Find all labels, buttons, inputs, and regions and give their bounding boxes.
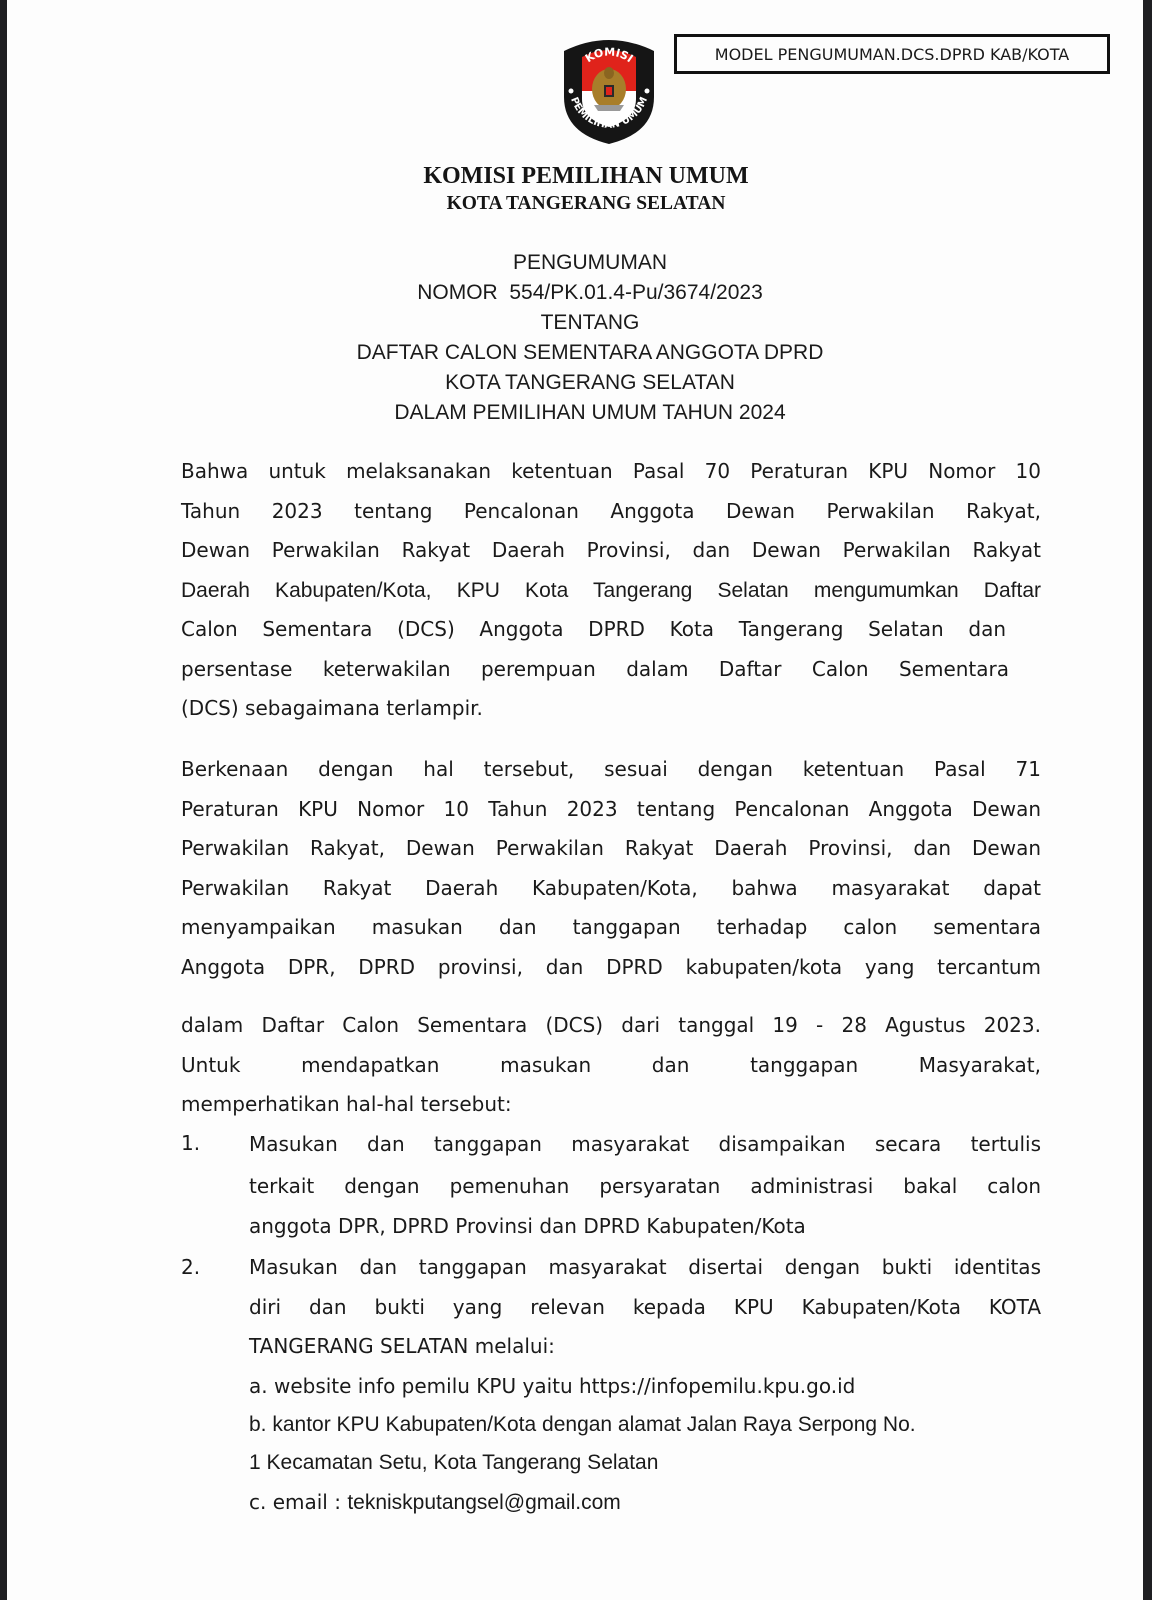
- model-label: MODEL PENGUMUMAN.DCS.DPRD KAB/KOTA: [715, 45, 1069, 64]
- list-item-1: 1. Masukan dan tanggapan masyarakat disa…: [181, 1122, 1041, 1246]
- text-line: Bahwa untuk melaksanakan ketentuan Pasal…: [181, 452, 1041, 492]
- text-line: Berkenaan dengan hal tersebut, sesuai de…: [181, 750, 1041, 790]
- list-number: 2.: [181, 1248, 200, 1288]
- list-number: 1.: [181, 1122, 200, 1164]
- announcement-number: NOMOR 554/PK.01.4-Pu/3674/2023: [0, 278, 1152, 308]
- paragraph-3: dalam Daftar Calon Sementara (DCS) dari …: [181, 1006, 1041, 1125]
- text-line: persentase keterwakilan perempuan dalam …: [181, 650, 1009, 690]
- list-item-2: 2. Masukan dan tanggapan masyarakat dise…: [181, 1248, 1041, 1367]
- announcement-title: PENGUMUMAN NOMOR 554/PK.01.4-Pu/3674/202…: [0, 248, 1152, 428]
- text-line: memperhatikan hal-hal tersebut:: [181, 1085, 1041, 1125]
- text-line: Perwakilan Rakyat, Dewan Perwakilan Raky…: [181, 829, 1041, 869]
- text-line: terkait dengan pemenuhan persyaratan adm…: [249, 1166, 1041, 1206]
- text-line: Calon Sementara (DCS) Anggota DPRD Kota …: [181, 610, 1006, 650]
- text-line: diri dan bukti yang relevan kepada KPU K…: [249, 1288, 1041, 1328]
- text-line: Tahun 2023 tentang Pencalonan Anggota De…: [181, 492, 1041, 532]
- text-line: Peraturan KPU Nomor 10 Tahun 2023 tentan…: [181, 790, 1041, 830]
- subject-line: KOTA TANGERANG SELATAN: [0, 368, 1152, 398]
- institution-region: KOTA TANGERANG SELATAN: [0, 193, 1152, 215]
- sub-item-office-line1: b. kantor KPU Kabupaten/Kota dengan alam…: [249, 1406, 1049, 1445]
- text-line: anggota DPR, DPRD Provinsi dan DPRD Kabu…: [249, 1206, 1041, 1246]
- email-prefix: c. email :: [249, 1490, 347, 1514]
- paragraph-2: Berkenaan dengan hal tersebut, sesuai de…: [181, 750, 1041, 987]
- text-line: Dewan Perwakilan Rakyat Daerah Provinsi,…: [181, 531, 1041, 571]
- sub-item-website: a. website info pemilu KPU yaitu https:/…: [249, 1367, 1049, 1406]
- contact-channels: a. website info pemilu KPU yaitu https:/…: [249, 1367, 1049, 1522]
- text-line: dalam Daftar Calon Sementara (DCS) dari …: [181, 1006, 1041, 1046]
- subject-line: DALAM PEMILIHAN UMUM TAHUN 2024: [0, 398, 1152, 428]
- text-line: Masukan dan tanggapan masyarakat diserta…: [249, 1248, 1041, 1288]
- text-line: Daerah Kabupaten/Kota, KPU Kota Tangeran…: [181, 571, 1041, 611]
- text-line: (DCS) sebagaimana terlampir.: [181, 689, 1041, 729]
- title-about: TENTANG: [0, 308, 1152, 338]
- subject-line: DAFTAR CALON SEMENTARA ANGGOTA DPRD: [0, 338, 1152, 368]
- sub-item-office-line2: 1 Kecamatan Setu, Kota Tangerang Selatan: [249, 1444, 1049, 1483]
- text-line: Masukan dan tanggapan masyarakat disampa…: [249, 1122, 1041, 1166]
- text-line: Anggota DPR, DPRD provinsi, dan DPRD kab…: [181, 948, 1041, 988]
- text-line: menyampaikan masukan dan tanggapan terha…: [181, 908, 1041, 948]
- paragraph-1: Bahwa untuk melaksanakan ketentuan Pasal…: [181, 452, 1041, 729]
- institution-name: KOMISI PEMILIHAN UMUM: [0, 163, 1152, 190]
- model-label-box: MODEL PENGUMUMAN.DCS.DPRD KAB/KOTA: [674, 34, 1110, 74]
- text-line: Perwakilan Rakyat Daerah Kabupaten/Kota,…: [181, 869, 1041, 909]
- email-address: tekniskputangsel@gmail.com: [347, 1491, 620, 1514]
- text-line: TANGERANG SELATAN melalui:: [249, 1327, 1041, 1367]
- sub-item-email: c. email : tekniskputangsel@gmail.com: [249, 1483, 1049, 1523]
- title-heading: PENGUMUMAN: [0, 248, 1152, 278]
- kpu-logo-icon: KOMISI PEMILIHAN UMUM: [560, 33, 658, 145]
- text-line: Untuk mendapatkan masukan dan tanggapan …: [181, 1046, 1041, 1086]
